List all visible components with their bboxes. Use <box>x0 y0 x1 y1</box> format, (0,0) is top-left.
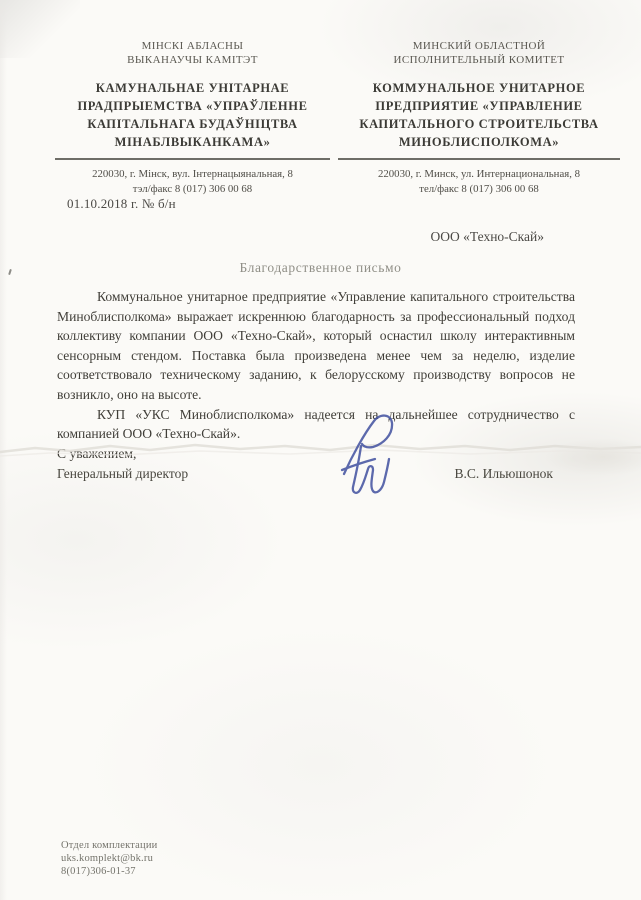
org-name-line: КОММУНАЛЬНОЕ УНИТАРНОЕ <box>338 79 620 97</box>
scan-smudge <box>545 438 641 476</box>
letterhead-divider <box>55 158 330 160</box>
org-name-line: ПРЕДПРИЯТИЕ «УПРАВЛЕНИЕ <box>338 97 620 115</box>
org-phone: тел/факс 8 (017) 306 00 68 <box>338 183 620 197</box>
footer-department: Отдел комплектации <box>61 839 157 852</box>
committee-name-line: МИНСКИЙ ОБЛАСТНОЙ <box>338 40 620 54</box>
committee-name-line: ВЫКАНАУЧЫ КАМІТЭТ <box>55 54 330 68</box>
signature-row: Генеральный директор В.С. Ильюшонок <box>57 466 553 482</box>
letterhead-right: МИНСКИЙ ОБЛАСТНОЙ ИСПОЛНИТЕЛЬНЫЙ КОМИТЕТ… <box>338 40 620 196</box>
org-name-line: МІНАБЛВЫКАНКАМА» <box>55 133 330 151</box>
org-address: 220030, г. Минск, ул. Интернациональная,… <box>338 168 620 182</box>
org-address: 220030, г. Мінск, вул. Інтернацыянальная… <box>55 168 330 182</box>
letterhead-divider <box>338 158 620 160</box>
org-name-line: КАПИТАЛЬНОГО СТРОИТЕЛЬСТВА <box>338 115 620 133</box>
letterhead-left: МІНСКІ АБЛАСНЫ ВЫКАНАУЧЫ КАМІТЭТ КАМУНАЛ… <box>55 40 330 196</box>
scanned-letter-page: МІНСКІ АБЛАСНЫ ВЫКАНАУЧЫ КАМІТЭТ КАМУНАЛ… <box>0 0 641 900</box>
organization-name: КОММУНАЛЬНОЕ УНИТАРНОЕ ПРЕДПРИЯТИЕ «УПРА… <box>338 79 620 151</box>
addressee: ООО «Техно-Скай» <box>431 229 544 245</box>
org-name-line: КАПІТАЛЬНАГА БУДАЎНІЦТВА <box>55 115 330 133</box>
org-name-line: КАМУНАЛЬНАЕ УНІТАРНАЕ <box>55 79 330 97</box>
organization-name: КАМУНАЛЬНАЕ УНІТАРНАЕ ПРАДПРЫЕМСТВА «УПР… <box>55 79 330 151</box>
org-name-line: МИНОБЛИСПОЛКОМА» <box>338 133 620 151</box>
committee-name-line: ИСПОЛНИТЕЛЬНЫЙ КОМИТЕТ <box>338 54 620 68</box>
signatory-title: Генеральный директор <box>57 466 188 482</box>
signature-ink <box>328 410 423 502</box>
committee-name-line: МІНСКІ АБЛАСНЫ <box>55 40 330 54</box>
body-paragraph-1: Коммунальное унитарное предприятие «Упра… <box>57 287 575 405</box>
signatory-name: В.С. Ильюшонок <box>454 466 553 482</box>
letter-title: Благодарственное письмо <box>0 260 641 276</box>
footer-email: uks.komplekt@bk.ru <box>61 852 157 865</box>
date-and-number-line: 01.10.2018 г. № б/н <box>67 196 176 212</box>
org-phone: тэл/факс 8 (017) 306 00 68 <box>55 183 330 197</box>
footer-contact-block: Отдел комплектации uks.komplekt@bk.ru 8(… <box>61 839 157 878</box>
footer-phone: 8(017)306-01-37 <box>61 865 157 878</box>
org-name-line: ПРАДПРЫЕМСТВА «УПРАЎЛЕННЕ <box>55 97 330 115</box>
